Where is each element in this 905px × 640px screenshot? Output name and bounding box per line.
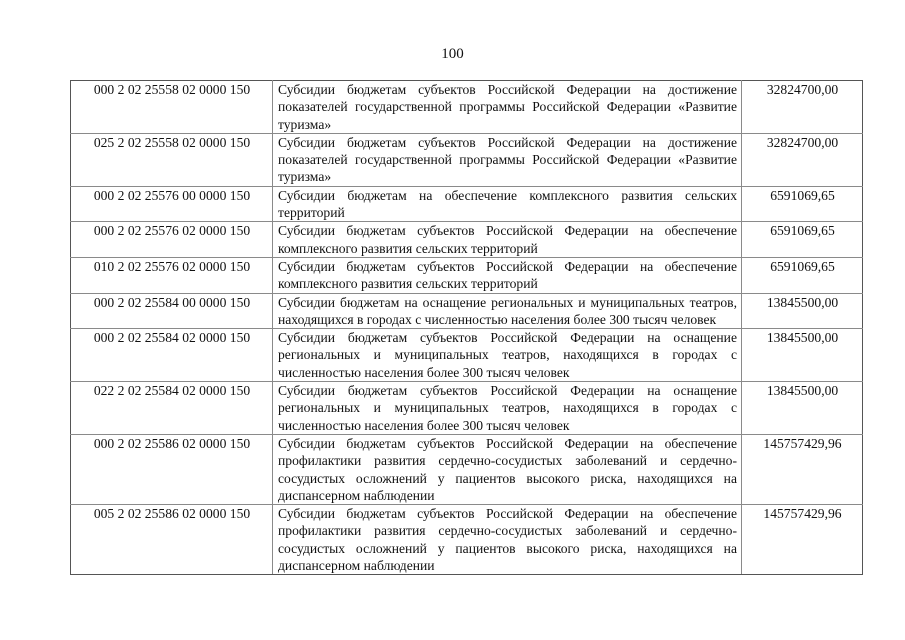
table-row: 000 2 02 25558 02 0000 150 Субсидии бюдж… bbox=[71, 81, 863, 134]
revenue-name-cell: Субсидии бюджетам субъектов Российской Ф… bbox=[273, 329, 742, 382]
table-row: 010 2 02 25576 02 0000 150 Субсидии бюдж… bbox=[71, 257, 863, 293]
revenue-name-cell: Субсидии бюджетам субъектов Российской Ф… bbox=[273, 133, 742, 186]
table-row: 000 2 02 25586 02 0000 150 Субсидии бюдж… bbox=[71, 434, 863, 504]
amount-cell: 145757429,96 bbox=[742, 434, 863, 504]
amount-cell: 13845500,00 bbox=[742, 382, 863, 435]
budget-code-cell: 000 2 02 25584 02 0000 150 bbox=[71, 329, 273, 382]
amount-cell: 6591069,65 bbox=[742, 222, 863, 258]
amount-cell: 13845500,00 bbox=[742, 329, 863, 382]
amount-cell: 13845500,00 bbox=[742, 293, 863, 329]
budget-code-cell: 025 2 02 25558 02 0000 150 bbox=[71, 133, 273, 186]
table-row: 000 2 02 25584 00 0000 150 Субсидии бюдж… bbox=[71, 293, 863, 329]
revenue-name-cell: Субсидии бюджетам субъектов Российской Ф… bbox=[273, 222, 742, 258]
table-body: 000 2 02 25558 02 0000 150 Субсидии бюдж… bbox=[71, 81, 863, 575]
budget-code-cell: 000 2 02 25576 00 0000 150 bbox=[71, 186, 273, 222]
revenue-name-cell: Субсидии бюджетам субъектов Российской Ф… bbox=[273, 257, 742, 293]
table-row: 005 2 02 25586 02 0000 150 Субсидии бюдж… bbox=[71, 505, 863, 575]
amount-cell: 32824700,00 bbox=[742, 133, 863, 186]
revenue-name-cell: Субсидии бюджетам субъектов Российской Ф… bbox=[273, 434, 742, 504]
budget-code-cell: 000 2 02 25558 02 0000 150 bbox=[71, 81, 273, 134]
table-row: 022 2 02 25584 02 0000 150 Субсидии бюдж… bbox=[71, 382, 863, 435]
revenue-name-cell: Субсидии бюджетам субъектов Российской Ф… bbox=[273, 81, 742, 134]
budget-code-cell: 000 2 02 25576 02 0000 150 bbox=[71, 222, 273, 258]
amount-cell: 6591069,65 bbox=[742, 186, 863, 222]
budget-code-cell: 005 2 02 25586 02 0000 150 bbox=[71, 505, 273, 575]
budget-revenue-table: 000 2 02 25558 02 0000 150 Субсидии бюдж… bbox=[70, 80, 863, 575]
budget-code-cell: 022 2 02 25584 02 0000 150 bbox=[71, 382, 273, 435]
revenue-name-cell: Субсидии бюджетам субъектов Российской Ф… bbox=[273, 505, 742, 575]
budget-code-cell: 000 2 02 25584 00 0000 150 bbox=[71, 293, 273, 329]
revenue-name-cell: Субсидии бюджетам на оснащение региональ… bbox=[273, 293, 742, 329]
revenue-name-cell: Субсидии бюджетам субъектов Российской Ф… bbox=[273, 382, 742, 435]
page-number: 100 bbox=[0, 45, 905, 63]
amount-cell: 32824700,00 bbox=[742, 81, 863, 134]
amount-cell: 6591069,65 bbox=[742, 257, 863, 293]
table-row: 000 2 02 25584 02 0000 150 Субсидии бюдж… bbox=[71, 329, 863, 382]
budget-code-cell: 000 2 02 25586 02 0000 150 bbox=[71, 434, 273, 504]
table-row: 000 2 02 25576 00 0000 150 Субсидии бюдж… bbox=[71, 186, 863, 222]
budget-code-cell: 010 2 02 25576 02 0000 150 bbox=[71, 257, 273, 293]
revenue-name-cell: Субсидии бюджетам на обеспечение комплек… bbox=[273, 186, 742, 222]
table-row: 000 2 02 25576 02 0000 150 Субсидии бюдж… bbox=[71, 222, 863, 258]
table-row: 025 2 02 25558 02 0000 150 Субсидии бюдж… bbox=[71, 133, 863, 186]
amount-cell: 145757429,96 bbox=[742, 505, 863, 575]
